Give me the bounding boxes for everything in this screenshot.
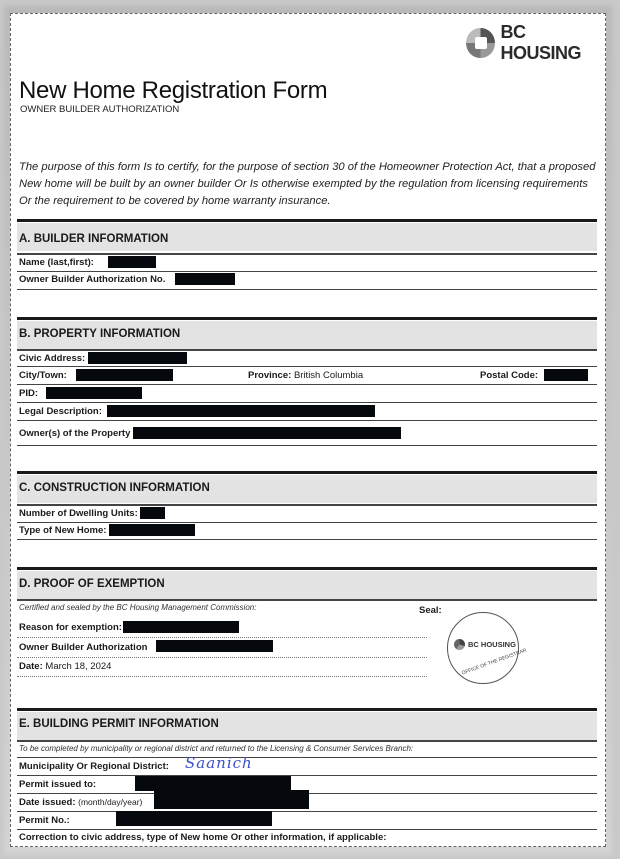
- date-label: Date:: [19, 661, 43, 672]
- civic-address-value-redacted: [88, 352, 187, 364]
- owners-value-redacted: [133, 427, 401, 439]
- divider: [17, 599, 597, 601]
- form-page: BC HOUSING New Home Registration Form OW…: [10, 13, 606, 847]
- city-label: City/Town:: [19, 370, 67, 381]
- divider: [17, 522, 597, 523]
- permit-note: To be completed by municipality or regio…: [19, 744, 413, 753]
- divider: [17, 445, 597, 446]
- legal-description-label: Legal Description:: [19, 406, 102, 417]
- reason-value-redacted: [123, 621, 239, 633]
- pid-value-redacted: [46, 387, 142, 399]
- page-title: New Home Registration Form: [19, 77, 327, 105]
- bc-housing-logo-icon: [466, 28, 495, 58]
- section-c-title: C. CONSTRUCTION INFORMATION: [19, 482, 210, 494]
- city-value-redacted: [76, 369, 173, 381]
- section-c-rule: [17, 471, 597, 474]
- divider: [17, 539, 597, 540]
- owners-label: Owner(s) of the Property: [19, 428, 130, 439]
- divider: [17, 253, 597, 255]
- exemption-note: Certified and sealed by the BC Housing M…: [19, 603, 256, 612]
- dwelling-units-label: Number of Dwelling Units:: [19, 508, 138, 519]
- name-value-redacted: [108, 256, 156, 268]
- legal-description-value-redacted: [107, 405, 375, 417]
- bc-housing-logo: BC HOUSING: [466, 26, 605, 60]
- date-issued-field: Date issued: (month/day/year): [19, 797, 142, 808]
- postal-code-label: Postal Code:: [480, 370, 538, 381]
- section-e-title: E. BUILDING PERMIT INFORMATION: [19, 718, 219, 730]
- date-issued-label: Date issued:: [19, 797, 76, 808]
- divider: [17, 829, 597, 830]
- section-a-rule: [17, 219, 597, 222]
- pid-label: PID:: [19, 388, 38, 399]
- divider: [17, 384, 597, 385]
- section-d-rule: [17, 567, 597, 570]
- section-d-title: D. PROOF OF EXEMPTION: [19, 578, 165, 590]
- province-field: Province: British Columbia: [248, 370, 363, 381]
- dwelling-units-value-redacted: [140, 507, 165, 519]
- divider: [17, 366, 597, 367]
- divider: [17, 289, 597, 290]
- seal-text: BC HOUSING: [468, 640, 516, 649]
- divider: [17, 271, 597, 272]
- municipality-label: Municipality Or Regional District:: [19, 761, 169, 772]
- divider: [17, 402, 597, 403]
- dotted-divider: [17, 676, 427, 677]
- date-value: March 18, 2024: [45, 661, 111, 672]
- permit-no-value-redacted: [116, 811, 272, 826]
- postal-code-value-redacted: [544, 369, 588, 381]
- seal-arc-text: OFFICE OF THE REGISTRAR: [461, 647, 527, 676]
- province-label: Province:: [248, 370, 291, 381]
- civic-address-label: Civic Address:: [19, 353, 85, 364]
- province-value: British Columbia: [294, 370, 363, 381]
- issued-to-label: Permit issued to:: [19, 779, 96, 790]
- seal-logo-icon: [454, 639, 465, 650]
- divider: [17, 349, 597, 351]
- divider: [17, 811, 597, 812]
- seal-label: Seal:: [419, 605, 442, 616]
- bc-housing-seal: BC HOUSING OFFICE OF THE REGISTRAR: [447, 612, 519, 684]
- divider: [17, 775, 597, 776]
- municipality-value-handwritten: Saanich: [185, 754, 253, 772]
- reason-label: Reason for exemption:: [19, 622, 122, 633]
- date-field: Date: March 18, 2024: [19, 661, 111, 672]
- divider: [17, 757, 597, 758]
- section-b-rule: [17, 317, 597, 320]
- name-label: Name (last,first):: [19, 257, 94, 268]
- dotted-divider: [17, 657, 427, 658]
- section-e-rule: [17, 708, 597, 711]
- section-b-title: B. PROPERTY INFORMATION: [19, 328, 180, 340]
- page-subtitle: OWNER BUILDER AUTHORIZATION: [20, 104, 179, 115]
- divider: [17, 504, 597, 506]
- divider: [17, 420, 597, 421]
- permit-no-label: Permit No.:: [19, 815, 70, 826]
- exemption-auth-value-redacted: [156, 640, 273, 652]
- date-issued-value-redacted: [154, 790, 309, 809]
- home-type-value-redacted: [109, 524, 195, 536]
- seal-logo: BC HOUSING: [454, 639, 516, 650]
- section-a-title: A. BUILDER INFORMATION: [19, 233, 168, 245]
- dotted-divider: [17, 637, 427, 638]
- correction-label: Correction to civic address, type of New…: [19, 832, 386, 843]
- exemption-auth-label: Owner Builder Authorization: [19, 642, 147, 653]
- date-issued-hint: (month/day/year): [78, 797, 142, 807]
- logo-text: BC HOUSING: [501, 22, 606, 64]
- issued-to-value-redacted: [135, 776, 291, 791]
- purpose-statement: The purpose of this form Is to certify, …: [19, 159, 599, 210]
- home-type-label: Type of New Home:: [19, 525, 106, 536]
- auth-no-value-redacted: [175, 273, 235, 285]
- auth-no-label: Owner Builder Authorization No.: [19, 274, 165, 285]
- divider: [17, 740, 597, 742]
